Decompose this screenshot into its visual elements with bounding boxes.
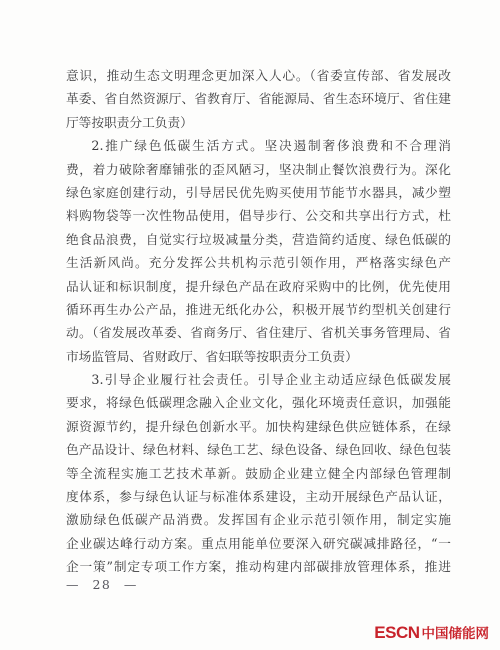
body-text: 意识，推动生态文明理念更加深入人心。（省委宣传部、省发展改 革委、省自然资源厅、…	[66, 64, 451, 579]
escn-logo-chinese-text: 中国储能网	[422, 622, 490, 642]
text-line: 费，着力破除奢靡铺张的歪风陋习，坚决制止餐饮浪费行为。深化	[66, 158, 451, 181]
document-page: 意识，推动生态文明理念更加深入人心。（省委宣传部、省发展改 革委、省自然资源厅、…	[0, 0, 500, 650]
text-line: 意识，推动生态文明理念更加深入人心。（省委宣传部、省发展改	[66, 64, 451, 87]
text-line: 企一策”制定专项工作方案，推动构建内部碳排放管理体系，推进	[66, 555, 451, 578]
text-line: 企业碳达峰行动方案。重点用能单位要深入研究碳减排路径，“一	[66, 532, 451, 555]
text-line: 料购物袋等一次性物品使用，倡导步行、公交和共享出行方式，杜	[66, 204, 451, 227]
text-line: 绝食品浪费，自觉实行垃圾减量分类，营造简约适度、绿色低碳的	[66, 228, 451, 251]
text-line: 源资源节约，提升绿色创新水平。加快构建绿色供应链体系，在绿	[66, 415, 451, 438]
text-line: 绿色家庭创建行动，引导居民优先购买使用节能节水器具，减少塑	[66, 181, 451, 204]
text-line: 3.引导企业履行社会责任。引导企业主动适应绿色低碳发展	[66, 368, 451, 391]
text-line: 激励绿色低碳产品消费。发挥国有企业示范引领作用，制定实施	[66, 508, 451, 531]
text-line: 厅等按职责分工负责）	[66, 111, 451, 134]
text-line: 度体系，参与绿色认证与标准体系建设，主动开展绿色产品认证，	[66, 485, 451, 508]
text-line: 市场监管局、省财政厅、省妇联等按职责分工负责）	[66, 345, 451, 368]
text-line: 革委、省自然资源厅、省教育厅、省能源局、省生态环境厅、省住建	[66, 87, 451, 110]
text-line: 动。（省发展改革委、省商务厅、省住建厅、省机关事务管理局、省	[66, 321, 451, 344]
text-line: 2.推广绿色低碳生活方式。坚决遏制奢侈浪费和不合理消	[66, 134, 451, 157]
escn-logo-latin-text: ESCN	[374, 623, 419, 643]
text-line: 品认证和标识制度，提升绿色产品在政府采购中的比例，优先使用	[66, 275, 451, 298]
escn-logo: ESCN中国储能网	[374, 622, 489, 643]
text-line: 色产品设计、绿色材料、绿色工艺、绿色设备、绿色回收、绿色包装	[66, 438, 451, 461]
text-line: 循环再生办公产品，推进无纸化办公，积极开展节约型机关创建行	[66, 298, 451, 321]
text-line: 生活新风尚。充分发挥公共机构示范引领作用，严格落实绿色产	[66, 251, 451, 274]
text-line: 要求，将绿色低碳理念融入企业文化，强化环境责任意识，加强能	[66, 391, 451, 414]
text-line: 等全流程实施工艺技术革新。鼓励企业建立健全内部绿色管理制	[66, 462, 451, 485]
page-number: — 28 —	[66, 577, 138, 593]
